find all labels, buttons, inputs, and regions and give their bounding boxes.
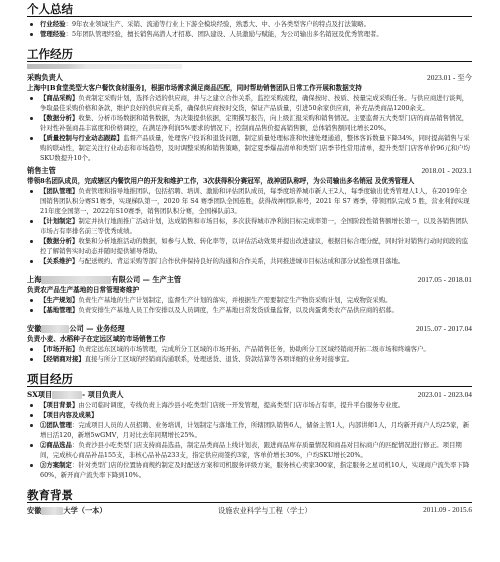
job-company: 安徽公司 — 业务经理 bbox=[27, 323, 125, 334]
job-entry: 采购负责人2023.01 - 至今 上海中[B食堂类型大客户餐饮食材服务]，根据… bbox=[27, 72, 472, 163]
bullet-text: 直接与所分工区域的经销商沟通联系，处理送货、退货、贷款结算等各项详细的业务对接事… bbox=[85, 355, 353, 363]
bullet-label: 【计划制定】 bbox=[40, 217, 78, 225]
summary-list: 行业经验：9年农业领域生产、采销、流通等行业上下游全模块经验，熟悉大、中、小各类… bbox=[27, 19, 472, 39]
bullet-label: ②商品选品 bbox=[40, 441, 72, 449]
job-description: 带领8名团队成员，完成辖区内餐饮用户的开发和维护工作，3次获得积分赛冠军，战神团… bbox=[27, 176, 472, 186]
bullet-label: 【关系维护】 bbox=[40, 257, 78, 265]
job-description: 负责农产品生产基地的日常管理寄维护 bbox=[27, 285, 472, 295]
bullet-text: 收集和分析地推活动的数据，如参与人数、转化率等，以评估活动效果并提出改进建议，根… bbox=[40, 237, 468, 255]
job-entry: 安徽公司 — 业务经理2015..07 - 2017.04 负责小麦、水稻种子在… bbox=[27, 323, 472, 364]
section-title-education: 教育背景 bbox=[27, 486, 472, 503]
job-entry: 销售主管2018.01 - 2023.1 带领8名团队成员，完成辖区内餐饮用户的… bbox=[27, 165, 472, 266]
job-entry: 上海有限公司 — 生产主管2017.05 - 2018.01 负责农产品生产基地… bbox=[27, 274, 472, 315]
job-bullet: 【基地管理】负责安排生产基地人员工作安排以及人员调度，生产基地日常发货质量监督，… bbox=[27, 305, 472, 315]
project-suffix: - 项目负责人 bbox=[82, 390, 123, 399]
bullet-label: 【项目背景】 bbox=[40, 401, 78, 409]
job-bullet: 【市场开拓】负责定远东区域的市场管理，完成所分工区域的市场开拓、产品销售任务，协… bbox=[27, 344, 472, 354]
bullet-label: 【基地管理】 bbox=[40, 306, 78, 314]
bullet-label: 【团队管理】 bbox=[40, 187, 78, 195]
bullet-label: 【项目内容及成果】 bbox=[40, 411, 98, 419]
redacted-project bbox=[52, 391, 82, 399]
job-bullet: 【关系维护】与配送规约、背运采购等部门合作伙伴保持良好的沟通和合作关系，共同推进… bbox=[27, 256, 472, 266]
resume-page: 个人总结 行业经验：9年农业领域生产、采销、流通等行业上下游全模块经验，熟悉大、… bbox=[0, 0, 500, 516]
job-bullet: 【数据分析】收集、分析市场数据和销售数据，为决策提供依据，定期撰写报告，向上级汇… bbox=[27, 113, 472, 133]
summary-item-label: 管理经验 bbox=[40, 30, 66, 38]
redacted-block bbox=[27, 64, 182, 69]
job-bullet: 【生产规划】负责生产基地的生产计划制定，监督生产计划的落实，并根据生产需要制定生… bbox=[27, 295, 472, 305]
job-bullet: 【质量控制与行业动态跟踪】监督产品质量，处理客户投诉和退货问题，制定质量处理标准… bbox=[27, 133, 472, 163]
bullet-text: 负责安排生产基地人员工作安排以及人员调度，生产基地日常发货质量监督，以及肉蛋禽类… bbox=[78, 306, 398, 314]
bullet-text: 负责管理和指导地推团队，包括招聘、培训、激励和评估团队成员，每季度培养城市新人王… bbox=[40, 187, 470, 215]
bullet-text: ：针对类型门店的位置协商规约制定及时配送方案和司机服务评级方案，服务核心卖家30… bbox=[40, 461, 469, 479]
project-bullet: ③方案制定：针对类型门店的位置协商规约制定及时配送方案和司机服务评级方案，服务核… bbox=[27, 460, 472, 480]
summary-item: 管理经验：5年团队管理经验，擅长销售高潜人才招募、团队建设、人员激励与赋能，为公… bbox=[27, 29, 472, 39]
job-date: 2017.05 - 2018.01 bbox=[418, 274, 472, 285]
job-date: 2023.01 - 至今 bbox=[427, 72, 472, 83]
major: 设施农业科学与工程（学士） bbox=[218, 505, 311, 516]
bullet-label: 【数据分析】 bbox=[40, 114, 78, 122]
job-description: 负责小麦、水稻种子在定远区域的市场销售工作 bbox=[27, 334, 472, 344]
job-title: 采购负责人 bbox=[27, 72, 63, 83]
education-entry: 安徽大学（一本） 设施农业科学与工程（学士） 2011.09 - 2015.6 bbox=[27, 505, 472, 516]
bullet-label: 【市场开拓】 bbox=[40, 345, 78, 353]
project-bullet: 【项目内容及成果】 bbox=[27, 410, 472, 420]
job-bullet: 【经销商对接】直接与所分工区域的经销商沟通联系，处理送货、退货、贷款结算等各项详… bbox=[27, 354, 472, 364]
section-title-summary: 个人总结 bbox=[27, 0, 472, 17]
bullet-text: 收集、分析市场数据和销售数据，为决策提供依据，定期撰写报告，向上级汇报采购和销售… bbox=[40, 114, 468, 132]
bullet-label: 【商品采购】 bbox=[40, 94, 78, 102]
job-company: 上海有限公司 — 生产主管 bbox=[27, 274, 181, 285]
bullet-label: 【数据分析】 bbox=[40, 237, 78, 245]
job-bullet: 【商品采购】负责制定采购计划，选择合适的供应商，并与之建立合作关系，监控采购流程… bbox=[27, 93, 472, 113]
education-date: 2011.09 - 2015.6 bbox=[423, 505, 472, 516]
school-name: 安徽大学（一本） bbox=[27, 505, 107, 516]
redacted-school bbox=[41, 507, 63, 515]
school-prefix: 安徽 bbox=[27, 506, 41, 515]
summary-item-text: ：9年农业领域生产、采销、流通等行业上下游全模块经验，熟悉大、中、小各类型客户的… bbox=[66, 20, 370, 28]
bullet-text: 负责制定采购计划，选择合适的供应商，并与之建立合作关系，监控采购流程，确保按时、… bbox=[40, 94, 468, 112]
bullet-text: ：负责沙县小吃类型门店支持商品选品，制定品类商品上线计划表，跟进商品库存质量情况… bbox=[40, 441, 462, 459]
company-suffix: 公司 — 业务经理 bbox=[69, 324, 124, 333]
bullet-label: 【经销商对接】 bbox=[40, 355, 85, 363]
company-prefix: 上海 bbox=[27, 275, 41, 284]
section-title-work: 工作经历 bbox=[27, 45, 472, 62]
bullet-label: ③方案制定 bbox=[40, 461, 72, 469]
job-title: 销售主管 bbox=[27, 165, 56, 176]
redacted-company bbox=[41, 325, 69, 333]
job-date: 2015..07 - 2017.04 bbox=[416, 323, 472, 334]
bullet-text: 制定并执行地面推广活动计划，达成销售和市场目标，多次获得城市净利润目标完成率第一… bbox=[40, 217, 468, 235]
company-prefix: 安徽 bbox=[27, 324, 41, 333]
project-entry: SX项目- 项目负责人2023.01 - 2023.04 【项目背景】由公司临时… bbox=[27, 389, 472, 480]
bullet-label: ①团队管理 bbox=[40, 421, 72, 429]
bullet-label: 【质量控制与行业动态跟踪】 bbox=[40, 134, 123, 142]
job-bullet: 【数据分析】收集和分析地推活动的数据，如参与人数、转化率等，以评估活动效果并提出… bbox=[27, 236, 472, 256]
project-prefix: SX项目 bbox=[27, 390, 52, 399]
job-bullet: 【团队管理】负责管理和指导地推团队，包括招聘、培训、激励和评估团队成员，每季度培… bbox=[27, 186, 472, 216]
bullet-label: 【生产规划】 bbox=[40, 296, 78, 304]
project-bullet: ①团队管理：完成项目人员的人员招聘、业务培训，计划制定与落地工作，所辖团队销售6… bbox=[27, 420, 472, 440]
summary-item: 行业经验：9年农业领域生产、采销、流通等行业上下游全模块经验，熟悉大、中、小各类… bbox=[27, 19, 472, 29]
school-suffix: 大学（一本） bbox=[63, 506, 106, 515]
company-suffix: 有限公司 — 生产主管 bbox=[111, 275, 181, 284]
project-date: 2023.01 - 2023.04 bbox=[418, 389, 472, 400]
project-name: SX项目- 项目负责人 bbox=[27, 389, 124, 400]
bullet-text: 与配送规约、背运采购等部门合作伙伴保持良好的沟通和合作关系，共同推进城市目标达成… bbox=[78, 257, 404, 265]
summary-item-text: ：5年团队管理经验，擅长销售高潜人才招募、团队建设、人员激励与赋能，为公司输出多… bbox=[66, 30, 383, 38]
bullet-text: ：完成项目人员的人员招聘、业务培训，计划制定与落地工作，所辖团队销售6人，储备主… bbox=[40, 421, 469, 439]
redacted-company bbox=[41, 276, 111, 284]
job-date: 2018.01 - 2023.1 bbox=[421, 165, 472, 176]
bullet-text: 负责生产基地的生产计划制定，监督生产计划的落实，并根据生产需要制定生产物资采购计… bbox=[78, 296, 391, 304]
project-bullet: ②商品选品：负责沙县小吃类型门店支持商品选品，制定品类商品上线计划表，跟进商品库… bbox=[27, 440, 472, 460]
project-bullet: 【项目背景】由公司临时调度，专线负责上海沙县小吃类型门店统一开发管理，提高类型门… bbox=[27, 400, 472, 410]
bullet-text: 由公司临时调度，专线负责上海沙县小吃类型门店统一开发管理，提高类型门店市场占有率… bbox=[78, 401, 404, 409]
job-bullet: 【计划制定】制定并执行地面推广活动计划，达成销售和市场目标，多次获得城市净利润目… bbox=[27, 216, 472, 236]
section-title-projects: 项目经历 bbox=[27, 370, 472, 387]
job-description: 上海中[B食堂类型大客户餐饮食材服务]，根据市场需求满足商品匹配，同时帮助销售团… bbox=[27, 83, 472, 93]
summary-item-label: 行业经验 bbox=[40, 20, 66, 28]
bullet-text: 负责定远东区域的市场管理，完成所分工区域的市场开拓、产品销售任务，协助所分工区域… bbox=[78, 345, 429, 353]
